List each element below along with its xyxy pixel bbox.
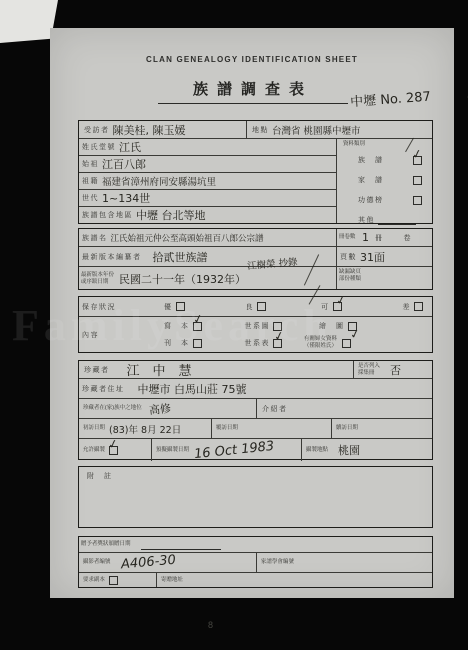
- surname-hall-label: 姓氏堂號: [79, 142, 119, 152]
- pages-value: 31面: [360, 249, 385, 265]
- preservation-option: 可✓: [318, 302, 342, 312]
- checkbox-icon: [273, 322, 282, 331]
- section-condition-contents: 保存狀況 優 良 可✓ 差 內容 寫 本✓ 世系圖 繪 圖 刊 本 世: [78, 296, 433, 353]
- row-numbers: 攝影者編號 A406-30 家譜學會編號: [79, 553, 432, 573]
- category-option-label: 功德榜: [355, 195, 387, 205]
- first-visit-value: (83)年 8月 22日: [109, 422, 181, 436]
- row-generations: 世代 1~134世: [79, 190, 336, 207]
- holder-address-value: 中壢市 白馬山莊 75號: [138, 381, 247, 397]
- interviewee-label: 受訪者: [81, 125, 113, 135]
- introducer-label: 介紹者: [259, 404, 291, 414]
- filming-permit-checkbox: ✓: [109, 446, 118, 455]
- category-option-label: 其他: [355, 215, 378, 225]
- row-holder: 珍藏者 江 中 慧 是否列入 採集冊 否: [79, 361, 432, 379]
- content-option: 寫 本✓: [161, 321, 202, 331]
- preservation-option: 差: [400, 302, 424, 312]
- option-excellent-label: 優: [161, 302, 176, 312]
- place-label: 地點: [249, 125, 272, 135]
- filming-permit-label: 允許攝製: [81, 447, 107, 453]
- row-award-date: 贈予者獎狀頒贈日期: [79, 537, 432, 553]
- checkbox-icon: [109, 576, 118, 585]
- book-title-label: 族譜名: [79, 233, 111, 243]
- sheet-number-value: 中壢 No. 287: [350, 90, 432, 111]
- category-option-label: 家 譜: [355, 175, 387, 185]
- option-good-label: 良: [243, 302, 258, 312]
- option-drawing-label: 繪 圖: [316, 321, 348, 331]
- mail-address-label: 寄贈地址: [159, 577, 185, 583]
- content-option: 刊 本: [161, 338, 202, 348]
- book-title-value: 江氏始祖元仲公至高頭始祖百八郎公宗譜: [111, 232, 264, 244]
- checkbox-icon: [413, 156, 422, 165]
- generations-value: 1~134世: [102, 190, 150, 206]
- origin-label: 祖籍: [79, 176, 102, 186]
- row-filming: 允許攝製 ✓ 預擬攝製日期 16 Oct 1983 攝製地點 桃園: [79, 439, 432, 461]
- row-preservation: 保存狀況 優 良 可✓ 差: [79, 297, 432, 317]
- row-book-title: 族譜名 江氏始祖元仲公至高頭始祖百八郎公宗譜: [79, 229, 336, 247]
- row-interviewee: 受訪者 陳美桂, 陳玉媛 地點 台灣省 桃園縣中壢市: [79, 121, 432, 139]
- row-contents: 內容 寫 本✓ 世系圖 繪 圖 刊 本 世系表✓ 有關婦女資料 （僅限姓氏）: [79, 317, 432, 352]
- form-title: 族譜調查表: [158, 78, 348, 104]
- section-holder-filming: 珍藏者 江 中 慧 是否列入 採集冊 否 珍藏者住址 中壢市 白馬山莊 75號 …: [78, 360, 433, 460]
- volumes-value: 1: [362, 231, 369, 244]
- founder-value: 江百八郎: [102, 156, 146, 172]
- row-missing: 缺漏缺頁 部份種類: [337, 267, 432, 291]
- society-no-label: 家譜學會編號: [259, 559, 296, 565]
- volumes-label: 冊卷數: [337, 234, 357, 240]
- category-option-label: 族 譜: [355, 155, 387, 165]
- row-founder: 始祖 江百八郎: [79, 156, 336, 173]
- edition-date-label: 最新版本年份: [79, 272, 116, 278]
- category-checkbox-gongdebang: [413, 196, 422, 205]
- row-pages: 頁數 31面: [337, 247, 432, 267]
- follow-visit-label: 續訪日期: [334, 425, 360, 431]
- option-manuscript-label: 寫 本: [161, 321, 193, 331]
- section-notes: 附 註: [78, 466, 433, 528]
- checkbox-icon: [413, 196, 422, 205]
- award-date-label: 贈予者獎狀頒贈日期: [79, 541, 132, 547]
- row-copy-request: 要求副本 寄贈地址: [79, 573, 432, 587]
- copy-request-label: 要求副本: [81, 577, 107, 583]
- row-holder-address: 珍藏者住址 中壢市 白馬山莊 75號: [79, 379, 432, 399]
- holder-value: 江 中 慧: [127, 360, 192, 379]
- row-holder-position: 珍藏者在(家)族中之地位 高修 介紹者: [79, 399, 432, 419]
- checkbox-icon: [333, 302, 342, 311]
- edition-date-value: 民國二十一年（1932年）: [119, 271, 246, 287]
- listed-value: 否: [390, 362, 401, 378]
- award-date-blank: [141, 540, 221, 550]
- coverage-value: 中壢 台北等地: [136, 207, 206, 223]
- section-edition-info: 族譜名 江氏始祖元仲公至高頭始祖百八郎公宗譜 最新版本編纂者 拾貳世族譜 江樹榮…: [78, 228, 433, 290]
- checkbox-icon: [348, 322, 357, 331]
- checkbox-icon: [257, 302, 266, 311]
- frame-page-mark: 8: [208, 620, 213, 630]
- form-header: CLAN GENEALOGY IDENTIFICATION SHEET: [50, 55, 454, 64]
- basic-info-body: 姓氏堂號 江氏 始祖 江百八郎 祖籍 福建省漳州府同安縣湯坑里 世代 1~134…: [79, 139, 432, 223]
- holder-position-value: 高修: [148, 399, 172, 417]
- content-option: 有關婦女資料 （僅限姓氏） ✓: [302, 336, 351, 350]
- first-visit-label: 初訪日期: [81, 425, 107, 431]
- missing-label: 缺漏缺頁: [337, 269, 363, 275]
- other-blank-line: [378, 215, 416, 225]
- category-box: 資料類別 族 譜 ✓ 家 譜 功德榜 其他: [336, 139, 432, 223]
- checkbox-icon: [176, 302, 185, 311]
- volumes-unit-a: 冊: [372, 233, 387, 243]
- option-women-data-label: 有關婦女資料: [302, 336, 339, 342]
- content-option: 世系表✓: [242, 338, 283, 348]
- volumes-unit-b: 卷: [401, 233, 416, 243]
- surname-hall-value: 江氏: [119, 139, 141, 155]
- preservation-label: 保存狀況: [79, 302, 143, 312]
- checkbox-icon: [414, 302, 423, 311]
- section-numbering: 贈予者獎狀頒贈日期 攝影者編號 A406-30 家譜學會編號 要求副本: [78, 536, 433, 588]
- checkbox-icon: [193, 339, 202, 348]
- row-origin: 祖籍 福建省漳州府同安縣湯坑里: [79, 173, 336, 190]
- holder-position-label: 珍藏者在(家)族中之地位: [81, 405, 144, 411]
- listed-label: 是否列入: [356, 363, 382, 369]
- photographer-no-value: A406-30: [120, 553, 176, 573]
- row-surname-hall: 姓氏堂號 江氏: [79, 139, 336, 156]
- planned-filming-value: 16 Oct 1983: [193, 438, 275, 461]
- compiler-label: 最新版本編纂者: [79, 252, 145, 262]
- listed-label2: 採集冊: [356, 370, 382, 376]
- holder-address-label: 珍藏者住址: [79, 384, 128, 394]
- option-women-data-label2: （僅限姓氏）: [302, 343, 339, 349]
- row-compiler: 最新版本編纂者 拾貳世族譜 江樹榮 抄錄: [79, 247, 336, 267]
- checkbox-icon: [193, 322, 202, 331]
- notes-label: 附 註: [84, 471, 116, 481]
- preservation-option: 優: [161, 302, 185, 312]
- holder-label: 珍藏者: [81, 365, 113, 375]
- compiler-value: 拾貳世族譜: [153, 249, 208, 265]
- preservation-option: 良: [243, 302, 267, 312]
- filming-place-label: 攝製地點: [304, 447, 330, 453]
- content-option: 世系圖: [242, 321, 283, 331]
- row-edition-date: 最新版本年份 或序跋日期 民國二十一年（1932年）: [79, 267, 336, 291]
- generations-label: 世代: [79, 193, 102, 203]
- planned-filming-label: 預擬攝製日期: [154, 447, 191, 453]
- checkbox-icon: [109, 446, 118, 455]
- missing-label2: 部份種類: [337, 276, 363, 282]
- content-option: 繪 圖: [316, 321, 357, 331]
- checkbox-icon: [413, 176, 422, 185]
- form-sheet: CLAN GENEALOGY IDENTIFICATION SHEET 族譜調查…: [50, 28, 454, 598]
- second-visit-label: 覆訪日期: [214, 425, 240, 431]
- coverage-label: 族譜包含地區: [79, 210, 136, 220]
- edition-date-label2: 或序跋日期: [79, 279, 116, 285]
- row-volumes: 冊卷數 1 冊 卷: [337, 229, 432, 247]
- option-lineage-chart-label: 世系圖: [242, 321, 274, 331]
- option-lineage-table-label: 世系表: [242, 338, 274, 348]
- section-basic-info: 受訪者 陳美桂, 陳玉媛 地點 台灣省 桃園縣中壢市 姓氏堂號 江氏 始祖 江: [78, 120, 433, 224]
- origin-value: 福建省漳州府同安縣湯坑里: [102, 174, 216, 188]
- option-fair-label: 可: [318, 302, 333, 312]
- sheet-number: 中壢 No. 287: [349, 81, 468, 111]
- checkbox-icon: [342, 339, 351, 348]
- filming-place-value: 桃園: [338, 442, 360, 458]
- row-coverage: 族譜包含地區 中壢 台北等地: [79, 207, 336, 223]
- pages-label: 頁數: [337, 252, 360, 262]
- checkbox-icon: [273, 339, 282, 348]
- category-checkbox-zupu: ✓: [413, 156, 422, 165]
- copy-request-checkbox: [109, 576, 118, 585]
- option-poor-label: 差: [400, 302, 415, 312]
- row-visit-dates: 初訪日期 (83)年 8月 22日 覆訪日期 續訪日期: [79, 419, 432, 439]
- microfilm-frame: CLAN GENEALOGY IDENTIFICATION SHEET 族譜調查…: [0, 0, 468, 650]
- contents-label: 內容: [79, 330, 143, 340]
- founder-label: 始祖: [79, 159, 102, 169]
- category-checkbox-jiapu: [413, 176, 422, 185]
- interviewee-value: 陳美桂, 陳玉媛: [113, 122, 186, 138]
- place-value: 台灣省 桃園縣中壢市: [272, 123, 361, 137]
- photographer-no-label: 攝影者編號: [81, 559, 112, 565]
- option-printed-label: 刊 本: [161, 338, 193, 348]
